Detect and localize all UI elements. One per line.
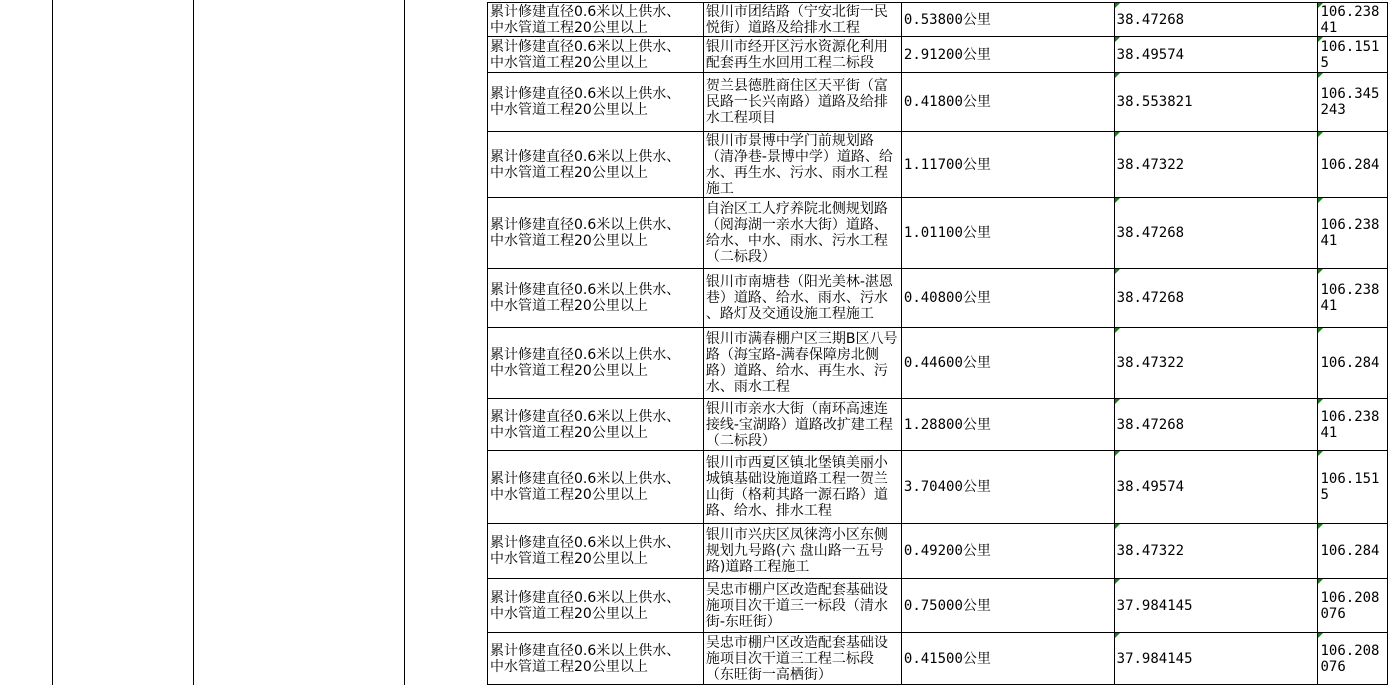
table-row: 累计修建直径0.6米以上供水、 中水管道工程20公里以上 银川市兴庆区凤徕湾小区… [488, 524, 1388, 579]
cell-latitude[interactable]: 38.47268 [1114, 198, 1318, 269]
cell-length[interactable]: 0.44600公里 [901, 328, 1114, 399]
cell-longitude[interactable]: 106.23841 [1318, 3, 1388, 37]
cell-project-name[interactable]: 银川市经开区污水资源化利用 配套再生水回用工程二标段 [703, 37, 901, 73]
table-row: 累计修建直径0.6米以上供水、 中水管道工程20公里以上 银川市景博中学门前规划… [488, 132, 1388, 198]
cell-category[interactable]: 累计修建直径0.6米以上供水、 中水管道工程20公里以上 [488, 132, 704, 198]
number-stored-as-text-indicator-icon [1318, 73, 1323, 78]
grid-line [404, 0, 405, 685]
cell-category[interactable]: 累计修建直径0.6米以上供水、 中水管道工程20公里以上 [488, 399, 704, 451]
cell-latitude[interactable]: 38.47268 [1114, 3, 1318, 37]
cell-longitude[interactable]: 106.208076 [1318, 633, 1388, 685]
table-body: 累计修建直径0.6米以上供水、 中水管道工程20公里以上 银川市团结路（宁安北街… [488, 3, 1388, 685]
table-row: 累计修建直径0.6米以上供水、 中水管道工程20公里以上 银川市经开区污水资源化… [488, 37, 1388, 73]
cell-length[interactable]: 1.11700公里 [901, 132, 1114, 198]
number-stored-as-text-indicator-icon [1318, 399, 1323, 404]
cell-length[interactable]: 3.70400公里 [901, 451, 1114, 524]
spreadsheet-viewport: 累计修建直径0.6米以上供水、 中水管道工程20公里以上 银川市团结路（宁安北街… [0, 0, 1388, 685]
number-stored-as-text-indicator-icon [1115, 269, 1120, 274]
cell-category[interactable]: 累计修建直径0.6米以上供水、 中水管道工程20公里以上 [488, 579, 704, 633]
number-stored-as-text-indicator-icon [1115, 579, 1120, 584]
cell-longitude[interactable]: 106.284 [1318, 328, 1388, 399]
cell-longitude[interactable]: 106.345243 [1318, 73, 1388, 132]
number-stored-as-text-indicator-icon [1318, 3, 1323, 8]
number-stored-as-text-indicator-icon [1115, 198, 1120, 203]
number-stored-as-text-indicator-icon [1318, 37, 1323, 42]
number-stored-as-text-indicator-icon [1115, 37, 1120, 42]
number-stored-as-text-indicator-icon [1115, 132, 1120, 137]
number-stored-as-text-indicator-icon [1318, 524, 1323, 529]
cell-longitude[interactable]: 106.208076 [1318, 579, 1388, 633]
projects-table: 累计修建直径0.6米以上供水、 中水管道工程20公里以上 银川市团结路（宁安北街… [487, 2, 1388, 685]
cell-length[interactable]: 0.40800公里 [901, 269, 1114, 328]
cell-longitude[interactable]: 106.23841 [1318, 399, 1388, 451]
cell-category[interactable]: 累计修建直径0.6米以上供水、 中水管道工程20公里以上 [488, 3, 704, 37]
cell-length[interactable]: 0.75000公里 [901, 579, 1114, 633]
number-stored-as-text-indicator-icon [1115, 633, 1120, 638]
number-stored-as-text-indicator-icon [1318, 269, 1323, 274]
table-row: 累计修建直径0.6米以上供水、 中水管道工程20公里以上 银川市团结路（宁安北街… [488, 3, 1388, 37]
grid-line [193, 0, 194, 685]
table-row: 累计修建直径0.6米以上供水、 中水管道工程20公里以上 吴忠市棚户区改造配套基… [488, 633, 1388, 685]
cell-project-name[interactable]: 银川市满春棚户区三期B区八号 路（海宝路-满春保障房北侧 路）道路、给水、再生水… [703, 328, 901, 399]
cell-length[interactable]: 1.01100公里 [901, 198, 1114, 269]
cell-project-name[interactable]: 自治区工人疗养院北侧规划路 （阅海湖一亲水大街）道路、 给水、中水、雨水、污水工… [703, 198, 901, 269]
cell-length[interactable]: 1.28800公里 [901, 399, 1114, 451]
table-row: 累计修建直径0.6米以上供水、 中水管道工程20公里以上 自治区工人疗养院北侧规… [488, 198, 1388, 269]
cell-project-name[interactable]: 银川市景博中学门前规划路 （清净巷-景博中学）道路、给 水、再生水、污水、雨水工… [703, 132, 901, 198]
table-row: 累计修建直径0.6米以上供水、 中水管道工程20公里以上 银川市西夏区镇北堡镇美… [488, 451, 1388, 524]
table-row: 累计修建直径0.6米以上供水、 中水管道工程20公里以上 吴忠市棚户区改造配套基… [488, 579, 1388, 633]
cell-latitude[interactable]: 38.47322 [1114, 132, 1318, 198]
cell-length[interactable]: 0.41500公里 [901, 633, 1114, 685]
cell-project-name[interactable]: 银川市团结路（宁安北街一民 悦街）道路及给排水工程 [703, 3, 901, 37]
cell-category[interactable]: 累计修建直径0.6米以上供水、 中水管道工程20公里以上 [488, 37, 704, 73]
cell-latitude[interactable]: 38.49574 [1114, 37, 1318, 73]
cell-category[interactable]: 累计修建直径0.6米以上供水、 中水管道工程20公里以上 [488, 524, 704, 579]
cell-longitude[interactable]: 106.1515 [1318, 37, 1388, 73]
cell-latitude[interactable]: 38.553821 [1114, 73, 1318, 132]
table-row: 累计修建直径0.6米以上供水、 中水管道工程20公里以上 银川市满春棚户区三期B… [488, 328, 1388, 399]
cell-project-name[interactable]: 银川市兴庆区凤徕湾小区东侧 规划九号路(六 盘山路一五号 路)道路工程施工 [703, 524, 901, 579]
cell-project-name[interactable]: 银川市南塘巷（阳光美林-湛恩 巷）道路、给水、雨水、污水 、路灯及交通设施工程施… [703, 269, 901, 328]
cell-category[interactable]: 累计修建直径0.6米以上供水、 中水管道工程20公里以上 [488, 633, 704, 685]
cell-latitude[interactable]: 38.47322 [1114, 524, 1318, 579]
cell-project-name[interactable]: 银川市西夏区镇北堡镇美丽小 城镇基础设施道路工程一贺兰 山街（格莉其路一源石路）… [703, 451, 901, 524]
cell-latitude[interactable]: 38.47322 [1114, 328, 1318, 399]
number-stored-as-text-indicator-icon [1318, 451, 1323, 456]
table-row: 累计修建直径0.6米以上供水、 中水管道工程20公里以上 贺兰县德胜商住区天平街… [488, 73, 1388, 132]
cell-length[interactable]: 2.91200公里 [901, 37, 1114, 73]
cell-longitude[interactable]: 106.284 [1318, 524, 1388, 579]
cell-category[interactable]: 累计修建直径0.6米以上供水、 中水管道工程20公里以上 [488, 451, 704, 524]
table-row: 累计修建直径0.6米以上供水、 中水管道工程20公里以上 银川市亲水大街（南环高… [488, 399, 1388, 451]
number-stored-as-text-indicator-icon [1318, 198, 1323, 203]
number-stored-as-text-indicator-icon [1115, 328, 1120, 333]
cell-category[interactable]: 累计修建直径0.6米以上供水、 中水管道工程20公里以上 [488, 328, 704, 399]
cell-longitude[interactable]: 106.284 [1318, 132, 1388, 198]
number-stored-as-text-indicator-icon [1318, 328, 1323, 333]
number-stored-as-text-indicator-icon [1318, 633, 1323, 638]
cell-length[interactable]: 0.41800公里 [901, 73, 1114, 132]
grid-line [52, 0, 53, 685]
cell-latitude[interactable]: 37.984145 [1114, 633, 1318, 685]
cell-longitude[interactable]: 106.1515 [1318, 451, 1388, 524]
number-stored-as-text-indicator-icon [1115, 399, 1120, 404]
cell-project-name[interactable]: 贺兰县德胜商住区天平街（富 民路一长兴南路）道路及给排 水工程项目 [703, 73, 901, 132]
number-stored-as-text-indicator-icon [1318, 579, 1323, 584]
cell-project-name[interactable]: 吴忠市棚户区改造配套基础设 施项目次干道三一标段（清水 街-东旺街） [703, 579, 901, 633]
cell-category[interactable]: 累计修建直径0.6米以上供水、 中水管道工程20公里以上 [488, 73, 704, 132]
cell-project-name[interactable]: 银川市亲水大街（南环高速连 接线-宝湖路）道路改扩建工程 （二标段） [703, 399, 901, 451]
number-stored-as-text-indicator-icon [1318, 132, 1323, 137]
cell-longitude[interactable]: 106.23841 [1318, 269, 1388, 328]
table-row: 累计修建直径0.6米以上供水、 中水管道工程20公里以上 银川市南塘巷（阳光美林… [488, 269, 1388, 328]
number-stored-as-text-indicator-icon [1115, 73, 1120, 78]
number-stored-as-text-indicator-icon [1115, 451, 1120, 456]
cell-category[interactable]: 累计修建直径0.6米以上供水、 中水管道工程20公里以上 [488, 269, 704, 328]
table-region: 累计修建直径0.6米以上供水、 中水管道工程20公里以上 银川市团结路（宁安北街… [487, 2, 1388, 685]
cell-latitude[interactable]: 37.984145 [1114, 579, 1318, 633]
cell-latitude[interactable]: 38.47268 [1114, 399, 1318, 451]
cell-latitude[interactable]: 38.49574 [1114, 451, 1318, 524]
number-stored-as-text-indicator-icon [1115, 3, 1120, 8]
cell-project-name[interactable]: 吴忠市棚户区改造配套基础设 施项目次干道三工程二标段 （东旺街一高栖街） [703, 633, 901, 685]
cell-length[interactable]: 0.49200公里 [901, 524, 1114, 579]
cell-longitude[interactable]: 106.23841 [1318, 198, 1388, 269]
cell-category[interactable]: 累计修建直径0.6米以上供水、 中水管道工程20公里以上 [488, 198, 704, 269]
number-stored-as-text-indicator-icon [1115, 524, 1120, 529]
cell-length[interactable]: 0.53800公里 [901, 3, 1114, 37]
cell-latitude[interactable]: 38.47268 [1114, 269, 1318, 328]
